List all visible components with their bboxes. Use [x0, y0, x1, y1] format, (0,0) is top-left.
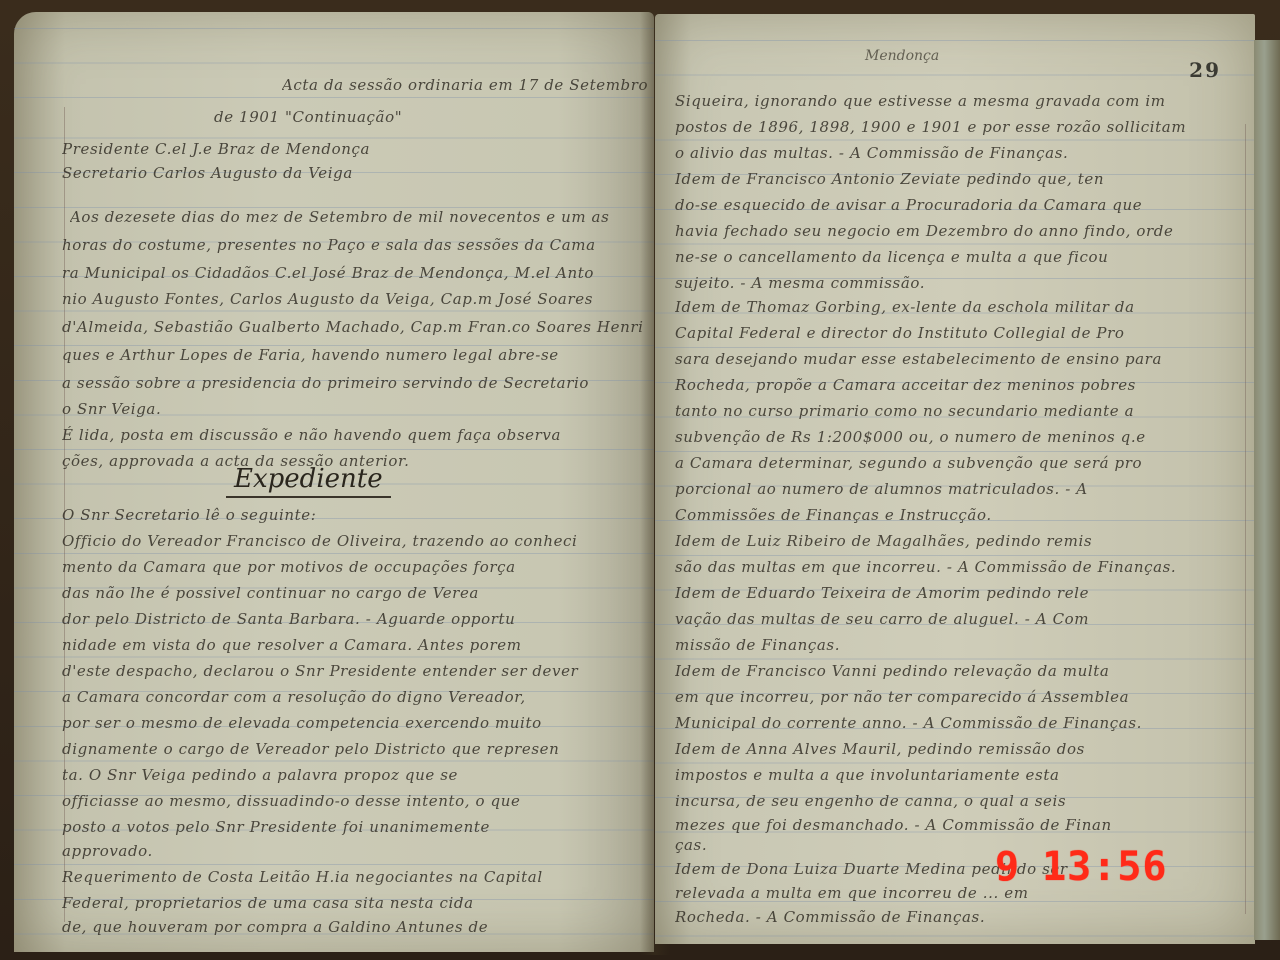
body-line: Municipal do corrente anno. - A Commissã…	[675, 714, 1255, 732]
expediente-line: Federal, proprietarios de uma casa sita …	[62, 894, 654, 912]
body-line: a Camara determinar, segundo a subvenção…	[675, 454, 1255, 472]
expediente-line: officiasse ao mesmo, dissuadindo-o desse…	[62, 792, 654, 810]
body-line: porcional ao numero de alumnos matricula…	[675, 480, 1255, 498]
body-line: missão de Finanças.	[675, 636, 1255, 654]
body-line: a sessão sobre a presidencia do primeiro…	[62, 374, 654, 392]
expediente-heading: Expediente	[226, 464, 391, 498]
body-line: Aos dezesete dias do mez de Setembro de …	[70, 208, 654, 226]
running-head: Mendonça	[865, 48, 939, 64]
left-page: Acta da sessão ordinaria em 17 de Setemb…	[14, 12, 654, 952]
minutes-title-line-2: de 1901 "Continuação"	[214, 108, 654, 126]
body-line: Idem de Eduardo Teixeira de Amorim pedin…	[675, 584, 1255, 602]
expediente-line: a Camara concordar com a resolução do di…	[62, 688, 654, 706]
body-line: Commissões de Finanças e Instrucção.	[675, 506, 1255, 524]
ledger-photo: Acta da sessão ordinaria em 17 de Setemb…	[0, 0, 1280, 960]
body-line: são das multas em que incorreu. - A Comm…	[675, 558, 1255, 576]
expediente-line: dignamente o cargo de Vereador pelo Dist…	[62, 740, 654, 758]
expediente-line: Officio do Vereador Francisco de Oliveir…	[62, 532, 654, 550]
body-line: postos de 1896, 1898, 1900 e 1901 e por …	[675, 118, 1255, 136]
body-line: É lida, posta em discussão e não havendo…	[62, 426, 654, 444]
secretary-line: Secretario Carlos Augusto da Veiga	[62, 164, 654, 182]
body-line: nio Augusto Fontes, Carlos Augusto da Ve…	[62, 290, 654, 308]
body-line: vação das multas de seu carro de aluguel…	[675, 610, 1255, 628]
body-line: tanto no curso primario como no secundar…	[675, 402, 1255, 420]
body-line: Idem de Anna Alves Mauril, pedindo remis…	[675, 740, 1255, 758]
body-line: subvenção de Rs 1:200$000 ou, o numero d…	[675, 428, 1255, 446]
body-line: ques e Arthur Lopes de Faria, havendo nu…	[62, 346, 654, 364]
president-line: Presidente C.el J.e Braz de Mendonça	[62, 140, 654, 158]
minutes-title-line-1: Acta da sessão ordinaria em 17 de Setemb…	[282, 76, 654, 94]
timestamp-day: 9	[995, 844, 1020, 890]
camera-timestamp: 913:56	[995, 844, 1168, 890]
expediente-line: mento da Camara que por motivos de occup…	[62, 558, 654, 576]
body-line: ne-se o cancellamento da licença e multa…	[675, 248, 1255, 266]
body-line: Rocheda, propõe a Camara acceitar dez me…	[675, 376, 1255, 394]
body-line: sujeito. - A mesma commissão.	[675, 274, 1255, 292]
body-line: d'Almeida, Sebastião Gualberto Machado, …	[62, 318, 654, 336]
body-line: ra Municipal os Cidadãos C.el José Braz …	[62, 264, 654, 282]
expediente-line: por ser o mesmo de elevada competencia e…	[62, 714, 654, 732]
page-number: 29	[1189, 58, 1221, 82]
body-line: Idem de Francisco Antonio Zeviate pedind…	[675, 170, 1255, 188]
body-line: havia fechado seu negocio em Dezembro do…	[675, 222, 1255, 240]
body-line: Idem de Dona Luiza Duarte Medina pedindo…	[675, 860, 1255, 878]
body-line: sara desejando mudar esse estabeleciment…	[675, 350, 1255, 368]
body-line: o alivio das multas. - A Commissão de Fi…	[675, 144, 1255, 162]
body-line: horas do costume, presentes no Paço e sa…	[62, 236, 654, 254]
expediente-line: de, que houveram por compra a Galdino An…	[62, 918, 654, 936]
expediente-line: das não lhe é possivel continuar no carg…	[62, 584, 654, 602]
body-line: Idem de Thomaz Gorbing, ex-lente da esch…	[675, 298, 1255, 316]
body-line: Rocheda. - A Commissão de Finanças.	[675, 908, 1255, 926]
expediente-line: approvado.	[62, 842, 654, 860]
timestamp-time: 13:56	[1042, 844, 1167, 890]
expediente-line: ta. O Snr Veiga pedindo a palavra propoz…	[62, 766, 654, 784]
body-line: relevada a multa em que incorreu de ... …	[675, 884, 1255, 902]
expediente-line: dor pelo Districto de Santa Barbara. - A…	[62, 610, 654, 628]
expediente-line: nidade em vista do que resolver a Camara…	[62, 636, 654, 654]
body-line: mezes que foi desmanchado. - A Commissão…	[675, 816, 1255, 834]
body-line: ças.	[675, 836, 1255, 854]
body-line: em que incorreu, por não ter comparecido…	[675, 688, 1255, 706]
body-line: o Snr Veiga.	[62, 400, 654, 418]
right-page: Mendonça 29 Siqueira, ignorando que esti…	[655, 14, 1255, 944]
expediente-line: O Snr Secretario lê o seguinte:	[62, 506, 654, 524]
body-line: incursa, de seu engenho de canna, o qual…	[675, 792, 1255, 810]
expediente-line: Requerimento de Costa Leitão H.ia negoci…	[62, 868, 654, 886]
body-line: Idem de Luiz Ribeiro de Magalhães, pedin…	[675, 532, 1255, 550]
body-line: Capital Federal e director do Instituto …	[675, 324, 1255, 342]
body-line: do-se esquecido de avisar a Procuradoria…	[675, 196, 1255, 214]
body-line: Idem de Francisco Vanni pedindo relevaçã…	[675, 662, 1255, 680]
body-line: Siqueira, ignorando que estivesse a mesm…	[675, 92, 1255, 110]
expediente-line: d'este despacho, declarou o Snr Presiden…	[62, 662, 654, 680]
page-edges	[1254, 40, 1280, 940]
expediente-line: posto a votos pelo Snr Presidente foi un…	[62, 818, 654, 836]
body-line: impostos e multa a que involuntariamente…	[675, 766, 1255, 784]
